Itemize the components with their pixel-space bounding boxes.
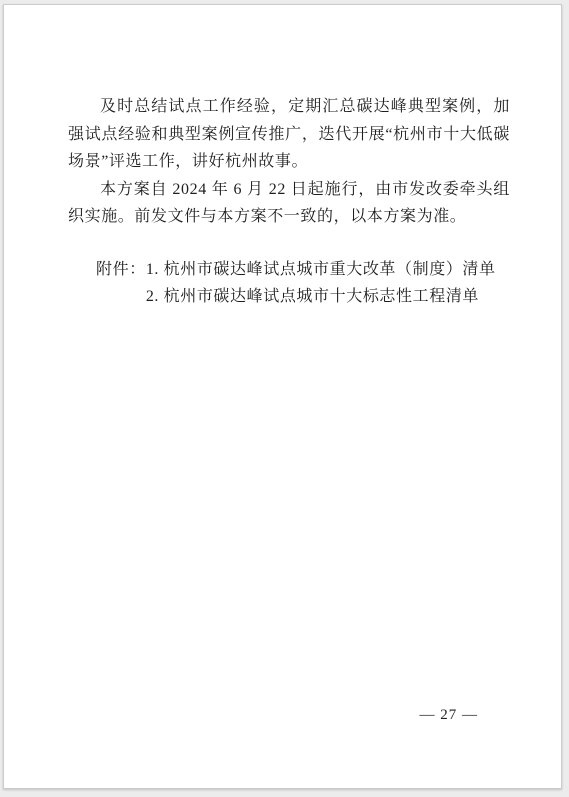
- attachment-item-2: 2. 杭州市碳达峰试点城市十大标志性工程清单: [146, 283, 510, 311]
- attachments-list: 1. 杭州市碳达峰试点城市重大改革（制度）清单 2. 杭州市碳达峰试点城市十大标…: [146, 256, 510, 311]
- page-number: — 27 —: [420, 705, 479, 725]
- paragraph-effective-date: 本方案自 2024 年 6 月 22 日起施行，由市发改委牵头组织实施。前发文件…: [68, 176, 510, 231]
- attachments-block: 附件： 1. 杭州市碳达峰试点城市重大改革（制度）清单 2. 杭州市碳达峰试点城…: [68, 256, 510, 311]
- page-sheet: 及时总结试点工作经验，定期汇总碳达峰典型案例，加强试点经验和典型案例宣传推广，迭…: [3, 4, 562, 789]
- attachment-item-1: 1. 杭州市碳达峰试点城市重大改革（制度）清单: [146, 256, 510, 284]
- document-viewer-background: 及时总结试点工作经验，定期汇总碳达峰典型案例，加强试点经验和典型案例宣传推广，迭…: [0, 0, 569, 797]
- attachments-label: 附件：: [96, 256, 146, 311]
- document-body: 及时总结试点工作经验，定期汇总碳达峰典型案例，加强试点经验和典型案例宣传推广，迭…: [68, 93, 510, 311]
- paragraph-summary-experience: 及时总结试点工作经验，定期汇总碳达峰典型案例，加强试点经验和典型案例宣传推广，迭…: [68, 93, 510, 176]
